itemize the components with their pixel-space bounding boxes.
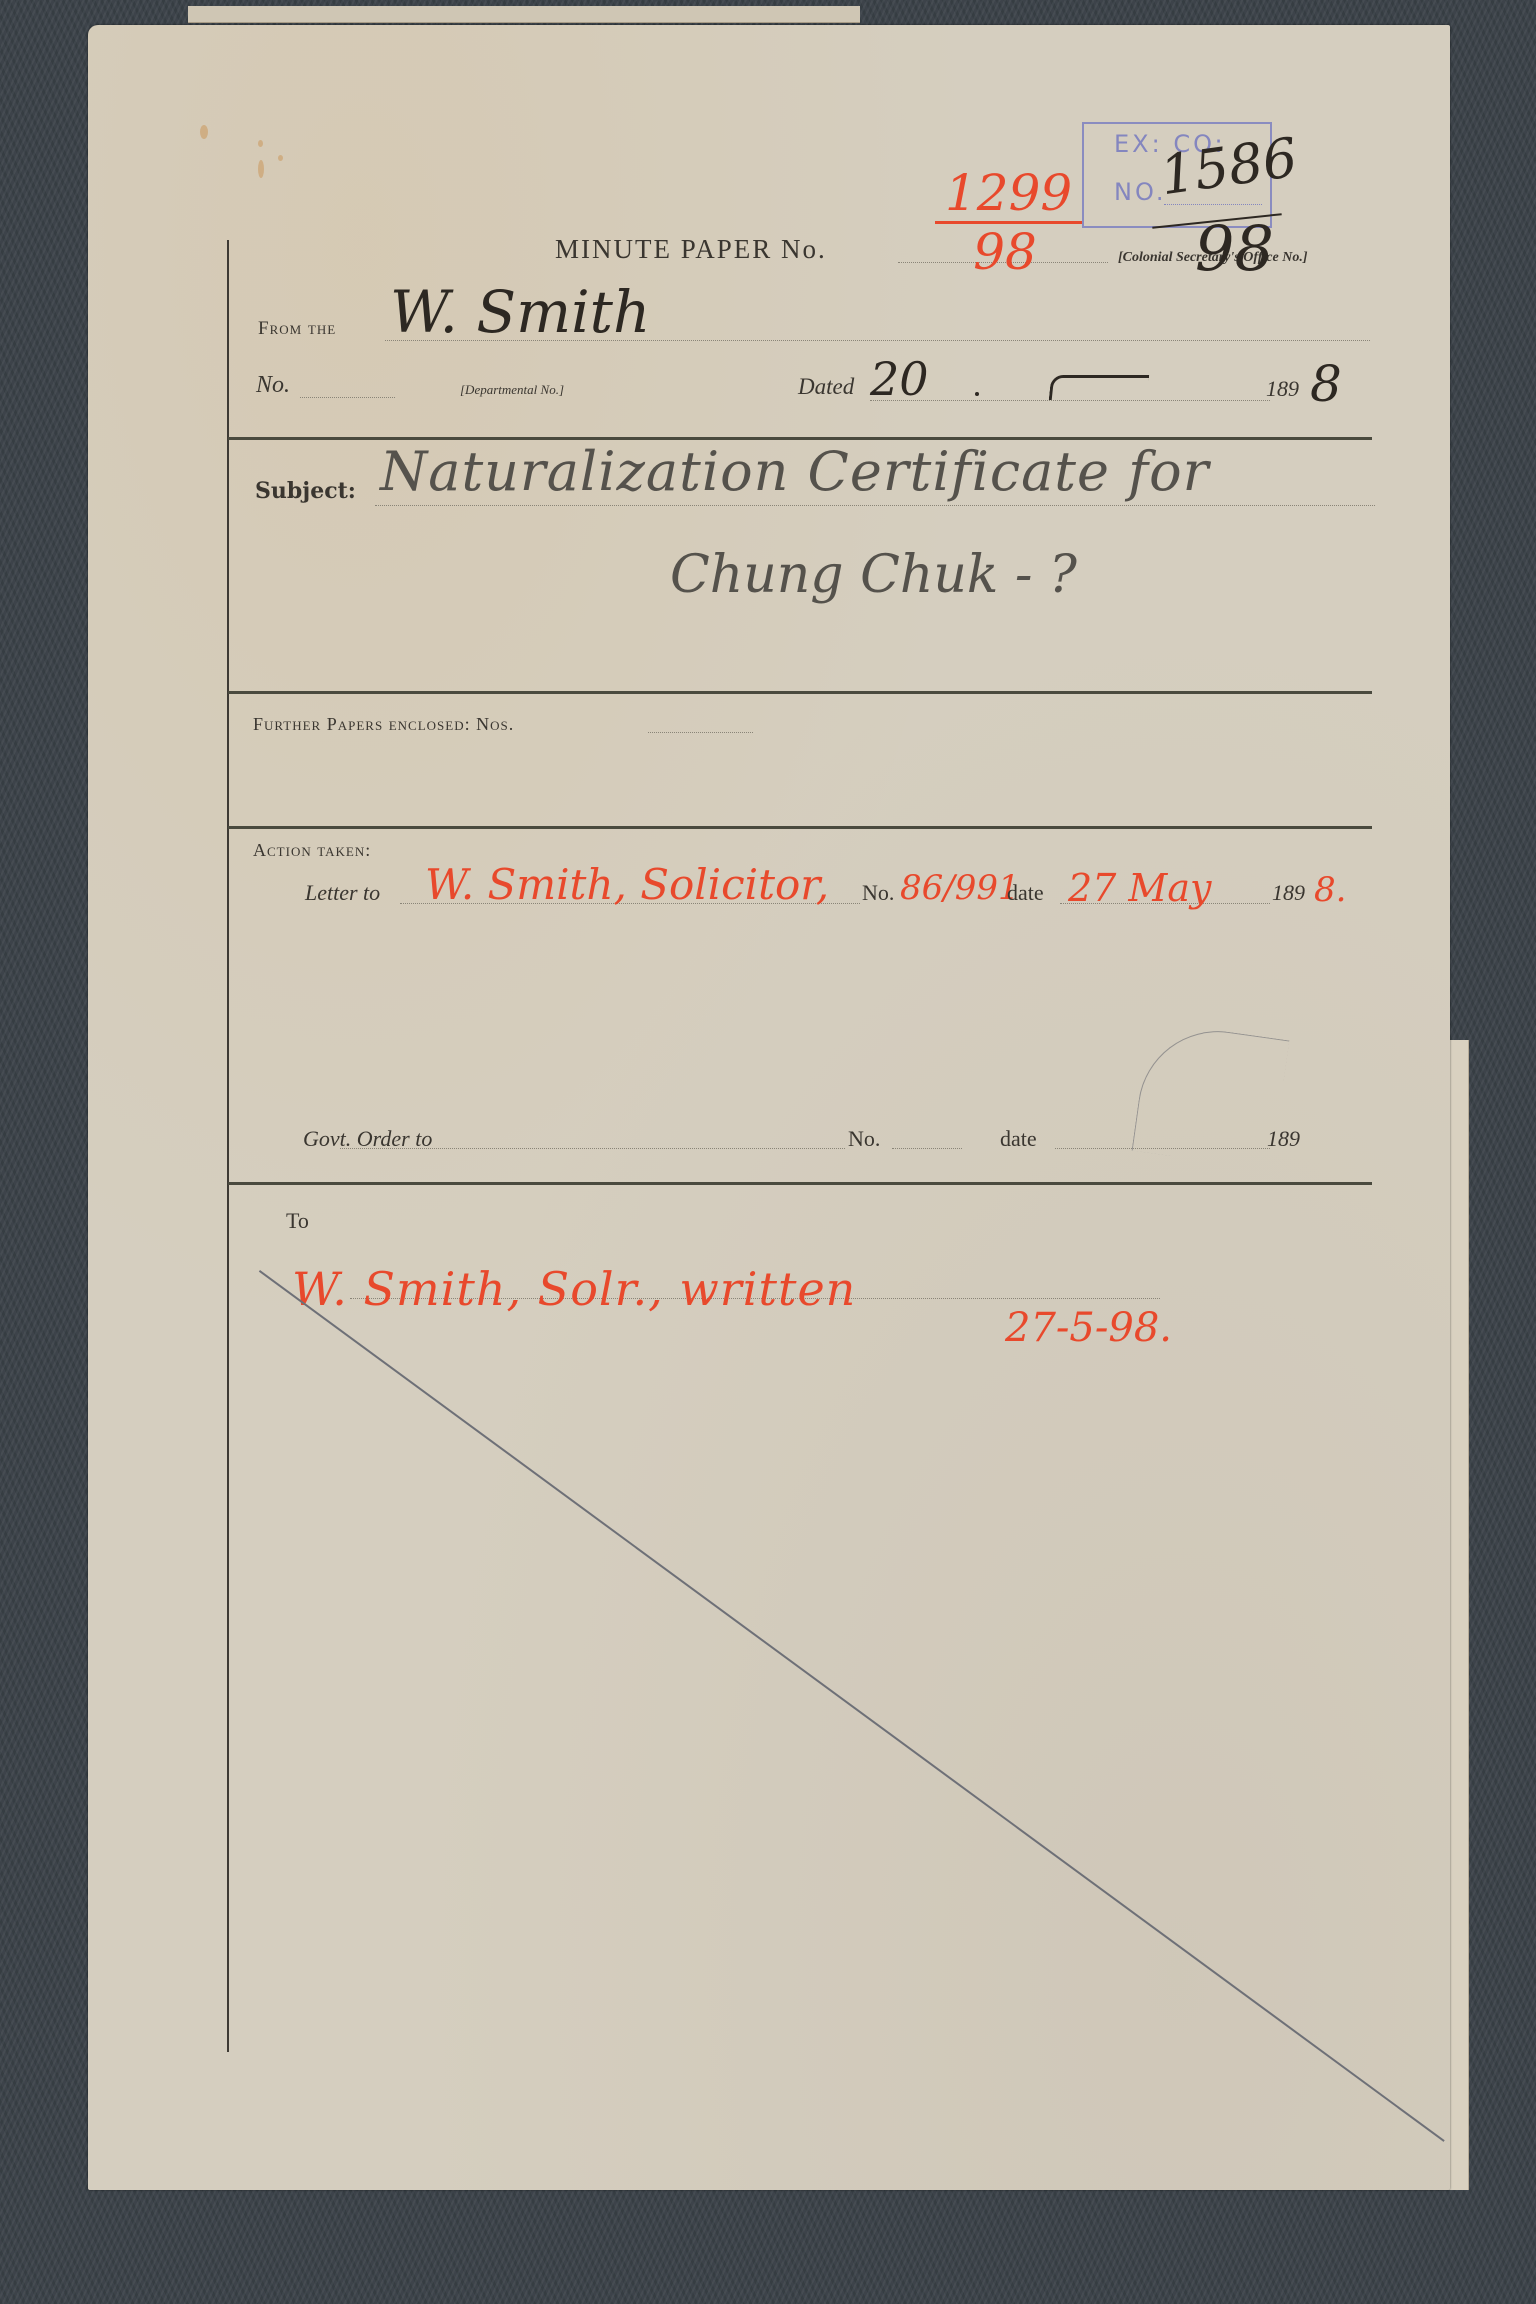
rule-below-action-taken: [228, 1182, 1372, 1185]
govt-order-line: [340, 1148, 845, 1149]
govt-no-label: No.: [848, 1126, 880, 1152]
dept-no-hint: [Departmental No.]: [460, 382, 564, 398]
minute-paper-number: 1299 98: [935, 165, 1075, 280]
foxing-stain: [278, 155, 283, 161]
dated-separator: [975, 392, 979, 396]
foxing-stain: [258, 140, 263, 147]
to-label: To: [286, 1208, 309, 1234]
rule-below-subject: [228, 691, 1372, 694]
letter-year-prefix: 189: [1272, 880, 1305, 906]
dated-day: 20: [870, 352, 929, 406]
minute-paper-number-top: 1299: [935, 165, 1082, 224]
to-value: W. Smith, Solr., written: [292, 1262, 856, 1316]
further-papers-label: Further Papers enclosed: Nos.: [253, 714, 514, 735]
minute-paper-title: MINUTE PAPER No.: [555, 234, 827, 265]
govt-no-line: [892, 1148, 962, 1149]
letter-no-value: 86/991: [900, 868, 1020, 908]
minute-paper-number-bottom: 98: [973, 223, 1037, 281]
govt-year: 189: [1267, 1126, 1300, 1152]
letter-date-label: date: [1007, 880, 1044, 906]
subject-line2: Chung Chuk - ?: [670, 545, 1077, 605]
foxing-stain: [200, 125, 208, 139]
to-date: 27-5-98.: [1005, 1305, 1172, 1351]
left-margin-rule: [227, 240, 229, 2052]
dept-no-line: [300, 397, 395, 398]
dated-month-mark: [1049, 375, 1150, 400]
dated-label: Dated: [798, 374, 854, 400]
letter-year-suffix: 8.: [1314, 870, 1346, 910]
subject-line: [375, 505, 1375, 506]
from-value: W. Smith: [390, 278, 650, 346]
subject-label: Subject:: [255, 478, 356, 504]
letter-to-value: W. Smith, Solicitor,: [425, 860, 829, 909]
dated-year-suffix: 8: [1310, 355, 1342, 413]
govt-date-line: [1055, 1148, 1270, 1149]
letter-no-label: No.: [862, 880, 894, 906]
stamp-no-label: NO.: [1114, 178, 1167, 206]
dept-no-label: No.: [256, 372, 290, 399]
dated-line: [870, 400, 1270, 401]
action-taken-label: Action taken:: [253, 840, 371, 861]
letter-to-label: Letter to: [305, 880, 380, 906]
letter-date-value: 27 May: [1068, 866, 1211, 910]
stamp-number-year: 98: [1195, 212, 1274, 285]
subject-line1: Naturalization Certificate for: [380, 440, 1209, 503]
foxing-stain: [258, 160, 264, 178]
rule-below-further-papers: [228, 826, 1372, 829]
from-label: From the: [258, 318, 336, 340]
back-sheet-edge-top: [188, 6, 860, 23]
govt-date-label: date: [1000, 1126, 1037, 1152]
dated-year-prefix: 189: [1266, 376, 1299, 402]
further-papers-line: [648, 732, 753, 733]
